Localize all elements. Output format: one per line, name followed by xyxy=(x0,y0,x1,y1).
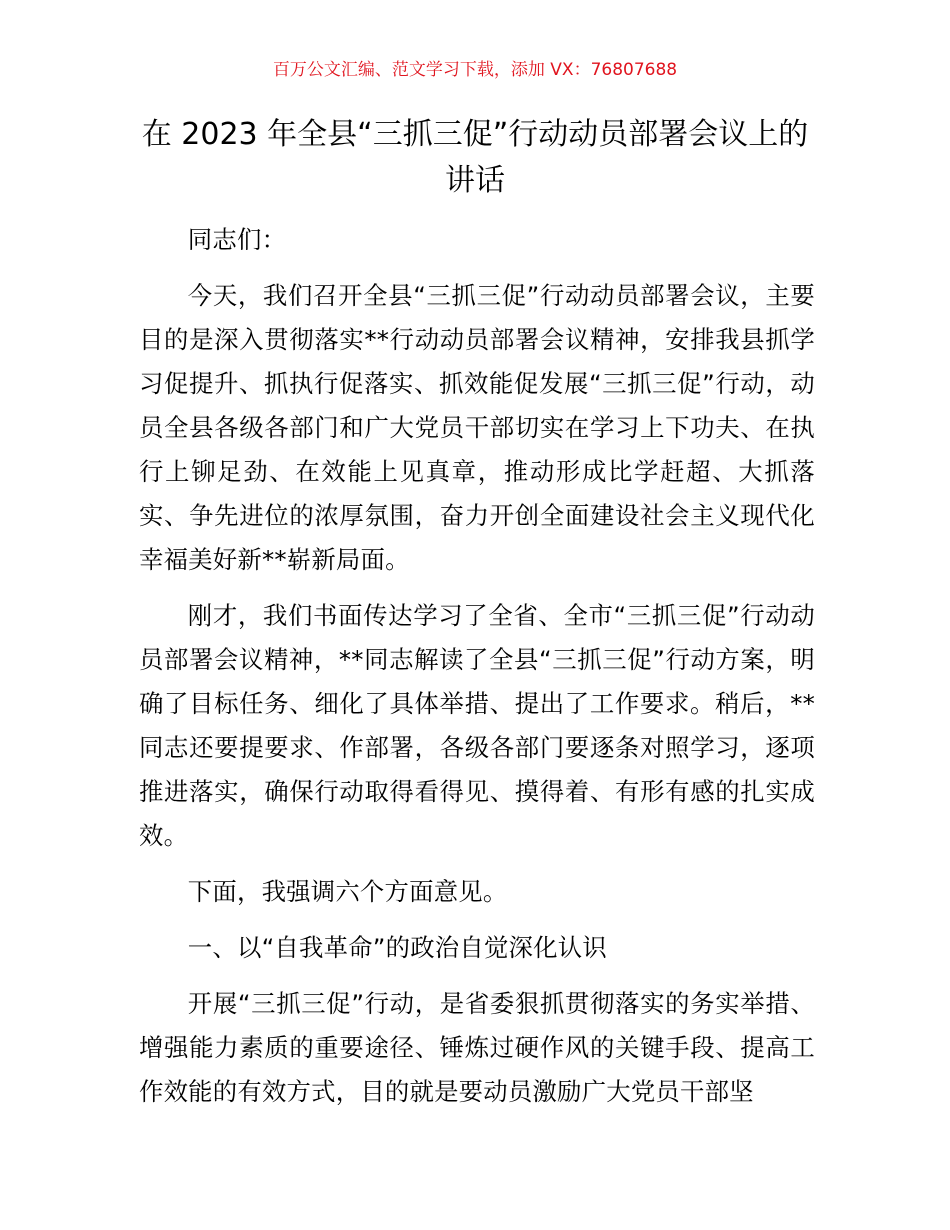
paragraph-review: 刚才，我们书面传达学习了全省、全市“三抓三促”行动动员部署会议精神，**同志解读… xyxy=(139,594,815,858)
paragraph-opening: 今天，我们召开全县“三抓三促”行动动员部署会议，主要目的是深入贯彻落实**行动动… xyxy=(139,274,815,582)
section-heading: 一、以“自我革命”的政治自觉深化认识 xyxy=(139,926,815,970)
salutation: 同志们： xyxy=(139,218,815,262)
document-body: 同志们： 今天，我们召开全县“三抓三促”行动动员部署会议，主要目的是深入贯彻落实… xyxy=(139,218,815,1126)
header-banner: 百万公文汇编、范文学习下载，添加 VX：76807688 xyxy=(0,56,950,84)
section-paragraph: 开展“三抓三促”行动，是省委狠抓贯彻落实的务实举措、增强能力素质的重要途径、锤炼… xyxy=(139,982,815,1114)
document-title: 在 2023 年全县“三抓三促”行动动员部署会议上的讲话 xyxy=(135,112,815,204)
paragraph-transition: 下面，我强调六个方面意见。 xyxy=(139,870,815,914)
